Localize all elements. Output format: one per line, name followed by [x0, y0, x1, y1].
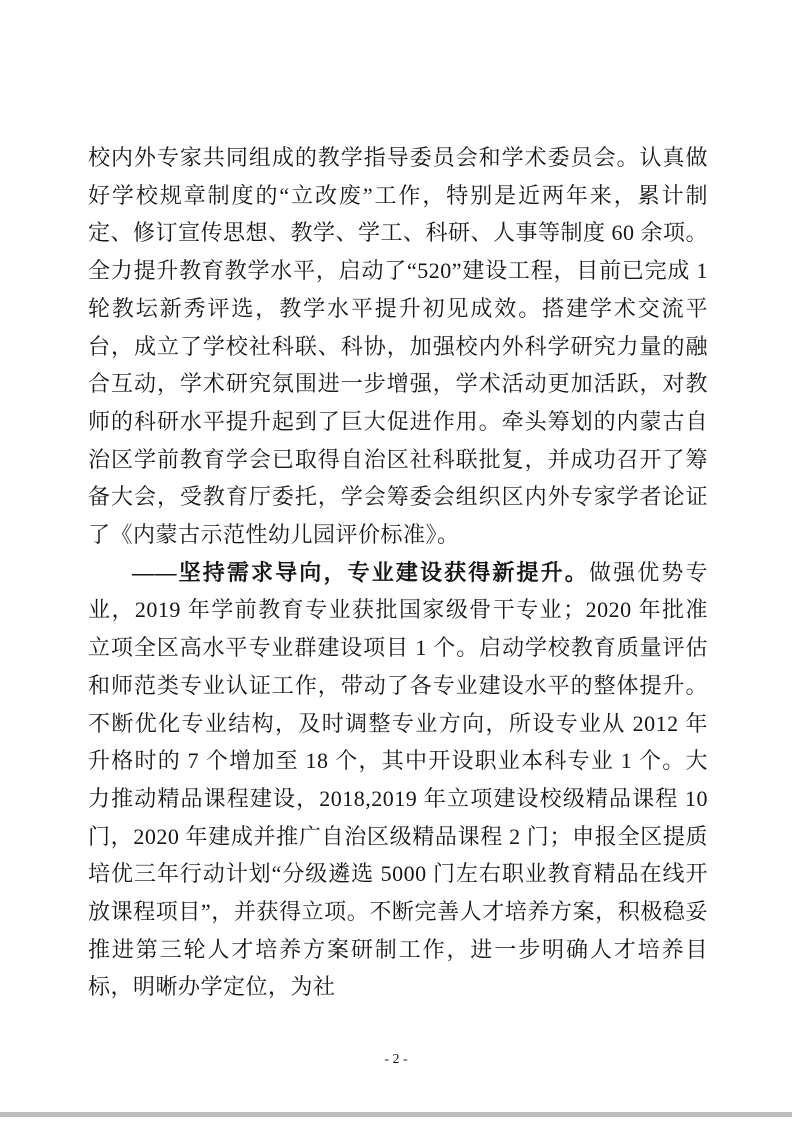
document-page: 校内外专家共同组成的教学指导委员会和学术委员会。认真做好学校规章制度的“立改废”… [0, 0, 792, 1121]
page-number: - 2 - [0, 1050, 792, 1070]
paragraph: 校内外专家共同组成的教学指导委员会和学术委员会。认真做好学校规章制度的“立改废”… [88, 139, 708, 554]
paragraph-bold-lead: ——坚持需求导向，专业建设获得新提升。 [132, 560, 589, 585]
paragraph: ——坚持需求导向，专业建设获得新提升。做强优势专业，2019 年学前教育专业获批… [88, 554, 708, 1006]
paragraph-text: 做强优势专业，2019 年学前教育专业获批国家级骨干专业；2020 年批准立项全… [88, 560, 708, 1000]
paragraph-text: 校内外专家共同组成的教学指导委员会和学术委员会。认真做好学校规章制度的“立改废”… [88, 145, 708, 547]
document-viewer: { "page": { "number_label": "- 2 -" }, "… [0, 0, 792, 1121]
document-body: 校内外专家共同组成的教学指导委员会和学术委员会。认真做好学校规章制度的“立改废”… [88, 139, 708, 1006]
page-bottom-edge [0, 1112, 792, 1117]
